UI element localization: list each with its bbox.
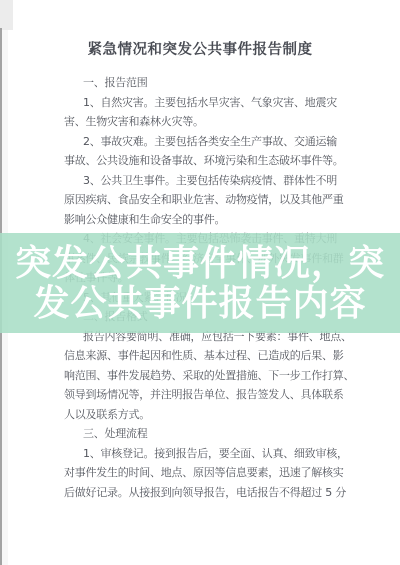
document-line: 后做好记录。从接报到向领导报告，电话报告不得超过 5 分 [64, 483, 354, 503]
document-line: 害、生物灾害和森林火灾等。 [64, 112, 354, 132]
document-line: 响范围、事件发展趋势、采取的处置措施、下一步工作打算、 [64, 366, 354, 386]
document-line: 1、自然灾害。主要包括水旱灾害、气象灾害、地震灾 [64, 93, 354, 113]
page-top-left-corner [0, 0, 13, 30]
document-title: 紧急情况和突发公共事件报告制度 [0, 38, 400, 59]
document-page: 紧急情况和突发公共事件报告制度 一、报告范围1、自然灾害。主要包括水旱灾害、气象… [0, 0, 400, 565]
caption-line-1: 突发公共事件情况，突 [0, 244, 400, 284]
caption-line-2: 发公共事件报告内容 [0, 284, 400, 324]
document-line: 事故、公共设施和设备事故、环境污染和生态破坏事件等。 [64, 151, 354, 171]
document-line: 2、事故灾难。主要包括各类安全生产事故、交通运输 [64, 132, 354, 152]
document-line: 3、公共卫生事件。主要包括传染病疫情、群体性不明 [64, 171, 354, 191]
document-line: 领导到场情况等，并注明报告单位、报告签发人、具体联系 [64, 385, 354, 405]
document-line: 对事件发生的时间、地点、原因等信息要素，迅速了解核实 [64, 463, 354, 483]
caption-overlay-text: 突发公共事件情况，突 发公共事件报告内容 [0, 244, 400, 324]
document-line: 人以及联系方式。 [64, 405, 354, 425]
document-line: 原因疾病、食品安全和职业危害、动物疫情，以及其他严重 [64, 190, 354, 210]
document-line: 一、报告范围 [64, 73, 354, 93]
document-line: 1、审核登记。接到报告后，要全面、认真、细致审核， [64, 444, 354, 464]
caption-overlay-band: 突发公共事件情况，突 发公共事件报告内容 [0, 233, 400, 333]
document-line: 信息来源、事件起因和性质、基本过程、已造成的后果、影 [64, 346, 354, 366]
document-line: 三、处理流程 [64, 424, 354, 444]
document-line: 影响公众健康和生命安全的事件。 [64, 210, 354, 230]
